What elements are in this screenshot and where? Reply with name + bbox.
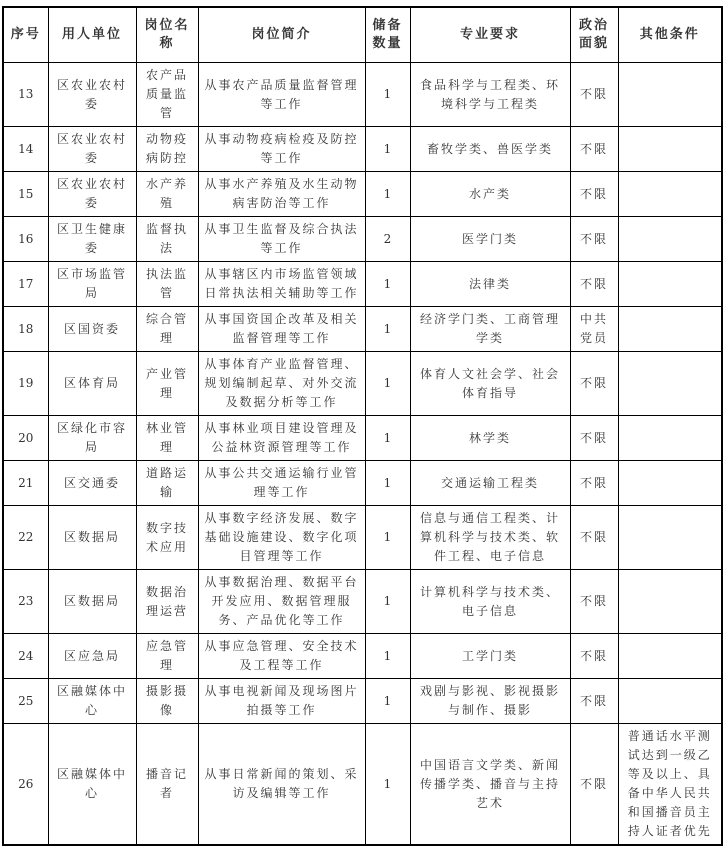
cell-other-conditions (618, 570, 722, 634)
cell-political-status: 不限 (570, 262, 618, 307)
header-row: 序号 用人单位 岗位名称 岗位简介 储备数量 专业要求 政治面貌 其他条件 (3, 7, 722, 63)
cell-employer: 区农业农村委 (48, 172, 136, 217)
header-political-status: 政治面貌 (570, 7, 618, 63)
header-employer: 用人单位 (48, 7, 136, 63)
table-row: 25 区融媒体中心 摄影摄像 从事电视新闻及现场图片拍摄等工作 1 戏剧与影视、… (3, 679, 722, 724)
cell-serial-number: 21 (3, 461, 48, 506)
table-row: 18 区国资委 综合管理 从事国资国企改革及相关监督管理等工作 1 经济学门类、… (3, 307, 722, 352)
cell-employer: 区数据局 (48, 506, 136, 570)
cell-employer: 区绿化市容局 (48, 416, 136, 461)
cell-major-requirement: 交通运输工程类 (410, 461, 570, 506)
cell-political-status: 不限 (570, 127, 618, 172)
cell-position-name: 林业管理 (136, 416, 198, 461)
header-reserve-quantity: 储备数量 (365, 7, 410, 63)
header-other-conditions: 其他条件 (618, 7, 722, 63)
cell-position-description: 从事国资国企改革及相关监督管理等工作 (198, 307, 365, 352)
cell-position-name: 播音记者 (136, 724, 198, 846)
job-positions-table: 序号 用人单位 岗位名称 岗位简介 储备数量 专业要求 政治面貌 其他条件 13… (2, 6, 723, 846)
table-row: 16 区卫生健康委 监督执法 从事卫生监督及综合执法等工作 2 医学门类 不限 (3, 217, 722, 262)
cell-major-requirement: 林学类 (410, 416, 570, 461)
cell-reserve-quantity: 1 (365, 679, 410, 724)
cell-position-description: 从事公共交通运输行业管理等工作 (198, 461, 365, 506)
cell-serial-number: 15 (3, 172, 48, 217)
cell-reserve-quantity: 2 (365, 217, 410, 262)
cell-position-name: 执法监管 (136, 262, 198, 307)
document-page: 序号 用人单位 岗位名称 岗位简介 储备数量 专业要求 政治面貌 其他条件 13… (0, 0, 723, 848)
cell-major-requirement: 医学门类 (410, 217, 570, 262)
header-serial-number: 序号 (3, 7, 48, 63)
table-row: 26 区融媒体中心 播音记者 从事日常新闻的策划、采访及编辑等工作 1 中国语言… (3, 724, 722, 846)
table-row: 22 区数据局 数字技术应用 从事数字经济发展、数字基础设施建设、数字化项目管理… (3, 506, 722, 570)
cell-reserve-quantity: 1 (365, 307, 410, 352)
table-row: 17 区市场监管局 执法监管 从事辖区内市场监管领域日常执法相关辅助等工作 1 … (3, 262, 722, 307)
cell-position-name: 应急管理 (136, 634, 198, 679)
cell-other-conditions (618, 127, 722, 172)
cell-employer: 区卫生健康委 (48, 217, 136, 262)
cell-major-requirement: 戏剧与影视、影视摄影与制作、摄影 (410, 679, 570, 724)
cell-position-name: 道路运输 (136, 461, 198, 506)
cell-reserve-quantity: 1 (365, 461, 410, 506)
table-row: 24 区应急局 应急管理 从事应急管理、安全技术及工程等工作 1 工学门类 不限 (3, 634, 722, 679)
cell-position-name: 农产品质量监管 (136, 63, 198, 127)
cell-employer: 区交通委 (48, 461, 136, 506)
cell-serial-number: 20 (3, 416, 48, 461)
cell-political-status: 不限 (570, 352, 618, 416)
cell-employer: 区应急局 (48, 634, 136, 679)
cell-position-name: 综合管理 (136, 307, 198, 352)
cell-position-name: 数据治理运营 (136, 570, 198, 634)
cell-political-status: 不限 (570, 461, 618, 506)
table-row: 20 区绿化市容局 林业管理 从事林业项目建设管理及公益林资源管理等工作 1 林… (3, 416, 722, 461)
cell-other-conditions (618, 352, 722, 416)
cell-major-requirement: 畜牧学类、兽医学类 (410, 127, 570, 172)
cell-political-status: 不限 (570, 724, 618, 846)
cell-serial-number: 13 (3, 63, 48, 127)
cell-position-description: 从事电视新闻及现场图片拍摄等工作 (198, 679, 365, 724)
cell-reserve-quantity: 1 (365, 172, 410, 217)
cell-major-requirement: 工学门类 (410, 634, 570, 679)
cell-serial-number: 25 (3, 679, 48, 724)
header-position-name: 岗位名称 (136, 7, 198, 63)
cell-reserve-quantity: 1 (365, 416, 410, 461)
cell-major-requirement: 中国语言文学类、新闻传播学类、播音与主持艺术 (410, 724, 570, 846)
cell-political-status: 中共党员 (570, 307, 618, 352)
cell-position-description: 从事水产养殖及水生动物病害防治等工作 (198, 172, 365, 217)
cell-employer: 区国资委 (48, 307, 136, 352)
table-body: 13 区农业农村委 农产品质量监管 从事农产品质量监督管理等工作 1 食品科学与… (3, 63, 722, 846)
cell-serial-number: 26 (3, 724, 48, 846)
cell-position-name: 监督执法 (136, 217, 198, 262)
cell-other-conditions (618, 63, 722, 127)
cell-major-requirement: 水产类 (410, 172, 570, 217)
cell-position-name: 动物疫病防控 (136, 127, 198, 172)
cell-major-requirement: 食品科学与工程类、环境科学与工程类 (410, 63, 570, 127)
cell-other-conditions (618, 262, 722, 307)
cell-position-name: 水产养殖 (136, 172, 198, 217)
cell-other-conditions (618, 634, 722, 679)
cell-major-requirement: 计算机科学与技术类、电子信息 (410, 570, 570, 634)
cell-political-status: 不限 (570, 570, 618, 634)
table-row: 14 区农业农村委 动物疫病防控 从事动物疫病检疫及防控等工作 1 畜牧学类、兽… (3, 127, 722, 172)
cell-reserve-quantity: 1 (365, 262, 410, 307)
cell-reserve-quantity: 1 (365, 127, 410, 172)
header-position-description: 岗位简介 (198, 7, 365, 63)
cell-political-status: 不限 (570, 506, 618, 570)
cell-reserve-quantity: 1 (365, 352, 410, 416)
table-row: 23 区数据局 数据治理运营 从事数据治理、数据平台开发应用、数据管理服务、产品… (3, 570, 722, 634)
cell-serial-number: 22 (3, 506, 48, 570)
table-row: 15 区农业农村委 水产养殖 从事水产养殖及水生动物病害防治等工作 1 水产类 … (3, 172, 722, 217)
cell-major-requirement: 经济学门类、工商管理学类 (410, 307, 570, 352)
cell-other-conditions: 普通话水平测试达到一级乙等及以上、具备中华人民共和国播音员主持人证者优先 (618, 724, 722, 846)
cell-position-description: 从事动物疫病检疫及防控等工作 (198, 127, 365, 172)
cell-reserve-quantity: 1 (365, 63, 410, 127)
cell-other-conditions (618, 461, 722, 506)
cell-position-name: 摄影摄像 (136, 679, 198, 724)
cell-other-conditions (618, 307, 722, 352)
cell-employer: 区农业农村委 (48, 63, 136, 127)
cell-position-description: 从事农产品质量监督管理等工作 (198, 63, 365, 127)
cell-major-requirement: 信息与通信工程类、计算机科学与技术类、软件工程、电子信息 (410, 506, 570, 570)
cell-position-name: 数字技术应用 (136, 506, 198, 570)
cell-political-status: 不限 (570, 63, 618, 127)
cell-political-status: 不限 (570, 634, 618, 679)
cell-position-description: 从事日常新闻的策划、采访及编辑等工作 (198, 724, 365, 846)
table-row: 19 区体育局 产业管理 从事体育产业监督管理、规划编制起草、对外交流及数据分析… (3, 352, 722, 416)
cell-serial-number: 19 (3, 352, 48, 416)
cell-employer: 区市场监管局 (48, 262, 136, 307)
cell-reserve-quantity: 1 (365, 570, 410, 634)
cell-serial-number: 16 (3, 217, 48, 262)
table-header: 序号 用人单位 岗位名称 岗位简介 储备数量 专业要求 政治面貌 其他条件 (3, 7, 722, 63)
cell-other-conditions (618, 172, 722, 217)
cell-employer: 区融媒体中心 (48, 724, 136, 846)
cell-position-description: 从事体育产业监督管理、规划编制起草、对外交流及数据分析等工作 (198, 352, 365, 416)
cell-serial-number: 18 (3, 307, 48, 352)
header-major-requirement: 专业要求 (410, 7, 570, 63)
cell-political-status: 不限 (570, 217, 618, 262)
cell-major-requirement: 法律类 (410, 262, 570, 307)
cell-employer: 区体育局 (48, 352, 136, 416)
cell-other-conditions (618, 506, 722, 570)
cell-reserve-quantity: 1 (365, 506, 410, 570)
cell-political-status: 不限 (570, 416, 618, 461)
cell-political-status: 不限 (570, 172, 618, 217)
cell-other-conditions (618, 416, 722, 461)
cell-position-description: 从事数据治理、数据平台开发应用、数据管理服务、产品优化等工作 (198, 570, 365, 634)
cell-position-description: 从事数字经济发展、数字基础设施建设、数字化项目管理等工作 (198, 506, 365, 570)
cell-serial-number: 14 (3, 127, 48, 172)
table-row: 21 区交通委 道路运输 从事公共交通运输行业管理等工作 1 交通运输工程类 不… (3, 461, 722, 506)
cell-employer: 区农业农村委 (48, 127, 136, 172)
cell-employer: 区数据局 (48, 570, 136, 634)
cell-position-name: 产业管理 (136, 352, 198, 416)
cell-other-conditions (618, 679, 722, 724)
cell-position-description: 从事辖区内市场监管领域日常执法相关辅助等工作 (198, 262, 365, 307)
cell-political-status: 不限 (570, 679, 618, 724)
cell-position-description: 从事应急管理、安全技术及工程等工作 (198, 634, 365, 679)
cell-serial-number: 23 (3, 570, 48, 634)
cell-major-requirement: 体育人文社会学、社会体育指导 (410, 352, 570, 416)
table-row: 13 区农业农村委 农产品质量监管 从事农产品质量监督管理等工作 1 食品科学与… (3, 63, 722, 127)
cell-position-description: 从事林业项目建设管理及公益林资源管理等工作 (198, 416, 365, 461)
cell-employer: 区融媒体中心 (48, 679, 136, 724)
cell-reserve-quantity: 1 (365, 634, 410, 679)
cell-serial-number: 24 (3, 634, 48, 679)
cell-other-conditions (618, 217, 722, 262)
cell-serial-number: 17 (3, 262, 48, 307)
cell-position-description: 从事卫生监督及综合执法等工作 (198, 217, 365, 262)
cell-reserve-quantity: 1 (365, 724, 410, 846)
